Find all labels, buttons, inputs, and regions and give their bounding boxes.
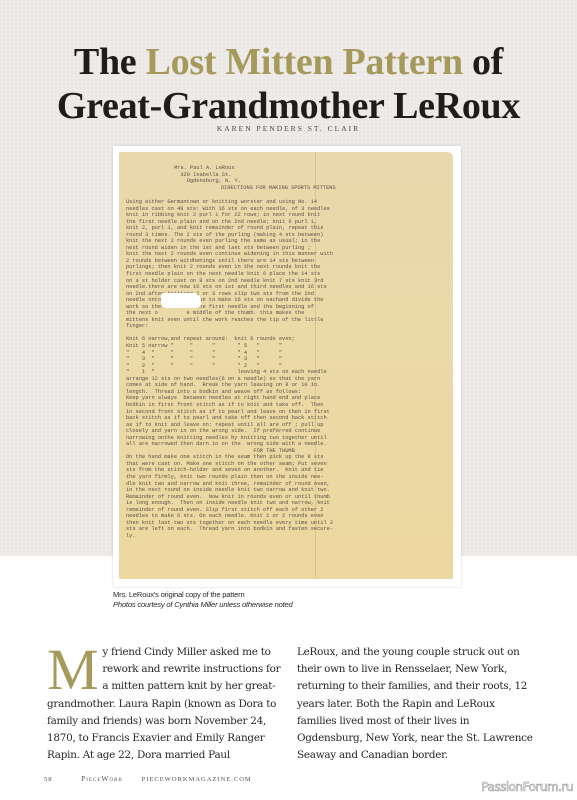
typed-letter-paper: Mrs. Paul A. LeRoux 320 Isabella St. Ogd… bbox=[119, 152, 453, 579]
letter-body: Using either Germantown or knitting wors… bbox=[126, 199, 333, 539]
magazine-name: PieceWork bbox=[81, 774, 123, 783]
letter-address: Mrs. Paul A. LeRoux 320 Isabella St. Ogd… bbox=[174, 165, 241, 185]
page-number: 58 bbox=[44, 776, 53, 783]
typed-letter-text: Mrs. Paul A. LeRoux 320 Isabella St. Ogd… bbox=[119, 152, 453, 579]
author-byline: KAREN PENDERS ST. CLAIR bbox=[0, 124, 577, 133]
letter-photo: Mrs. Paul A. LeRoux 320 Isabella St. Ogd… bbox=[113, 146, 461, 587]
drop-cap: M bbox=[47, 647, 98, 693]
page-footer: 58 PieceWork PIECEWORKMAGAZINE.COM bbox=[44, 774, 278, 783]
title-suffix: of bbox=[472, 41, 503, 83]
title-line-2: Great-Grandmother LeRoux bbox=[57, 85, 520, 127]
letter-heading: DIRECTIONS FOR MAKING SPORTS MITTENS bbox=[221, 185, 336, 192]
photo-caption: Mrs. LeRoux's original copy of the patte… bbox=[113, 590, 473, 610]
body-column-1: My friend Cindy Miller asked me to rewor… bbox=[47, 644, 287, 764]
website-link[interactable]: PIECEWORKMAGAZINE.COM bbox=[142, 776, 252, 783]
body-column-2: LeRoux, and the young couple struck out … bbox=[297, 644, 537, 764]
photo-credit: Photos courtesy of Cynthia Miller unless… bbox=[113, 600, 473, 610]
title-prefix: The bbox=[74, 41, 136, 83]
article-title: The Lost Mitten Pattern of Great-Grandmo… bbox=[0, 40, 577, 128]
watermark: PassionForum.ru bbox=[481, 780, 573, 794]
caption-text: Mrs. LeRoux's original copy of the patte… bbox=[113, 590, 473, 600]
paper-tear bbox=[161, 293, 201, 308]
title-accent: Lost Mitten Pattern bbox=[146, 41, 463, 83]
